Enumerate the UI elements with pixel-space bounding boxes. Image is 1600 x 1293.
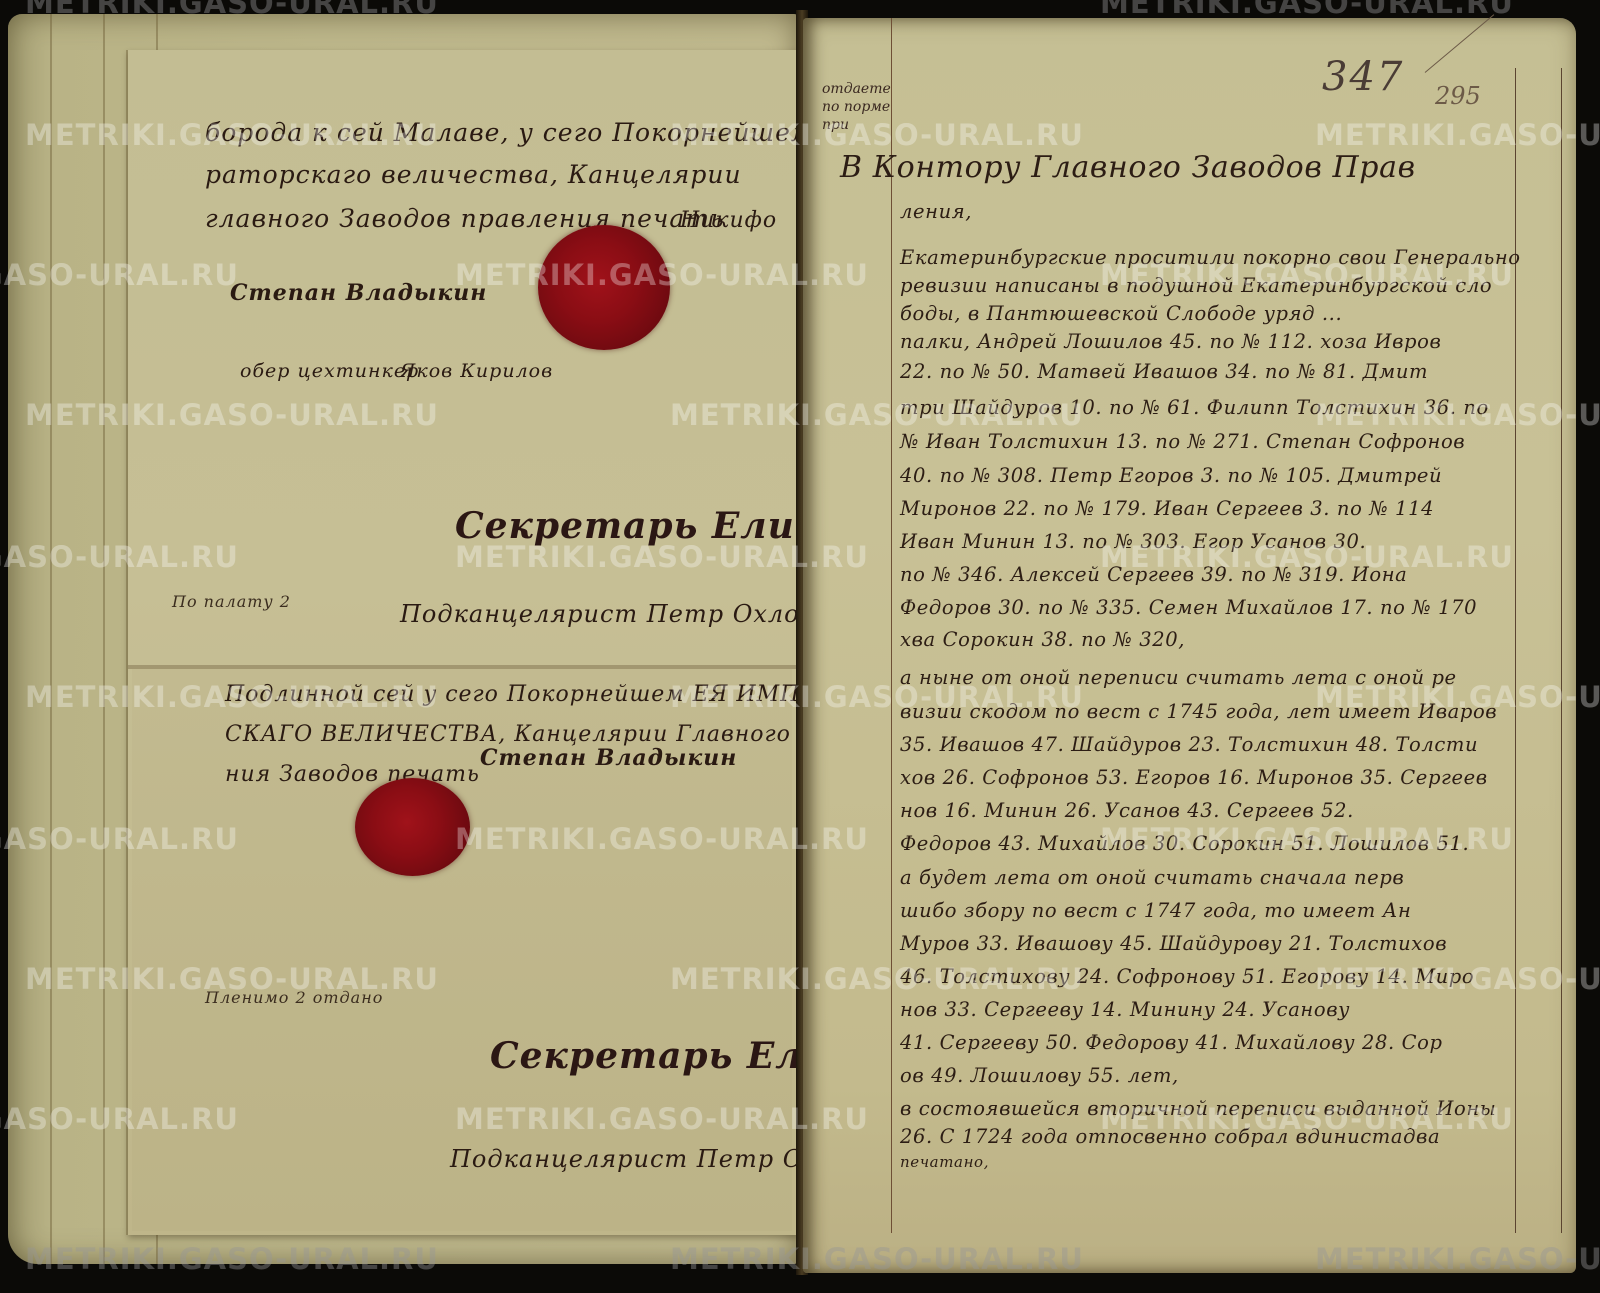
left-upper-line-2: раторскаго величества, Канцелярии [205,160,742,189]
body-line: Иван Минин 13. по № 303. Егор Усанов 30. [900,530,1366,553]
inline-signature-lower: Степан Владыкин [480,745,737,771]
body-line: хва Сорокин 38. по № 320, [900,628,1185,651]
right-heading-cont: ления, [900,200,972,223]
body-line: ов 49. Лошилову 55. лет, [900,1064,1179,1087]
body-line: хов 26. Софронов 53. Егоров 16. Миронов … [900,766,1488,789]
rank-signature: Яков Кирилов [400,360,553,382]
body-line: печатано, [900,1153,989,1171]
folio-number: 347 [1322,54,1404,100]
marginal-note-upper: По палату 2 [172,592,291,611]
body-line: а будет лета от оной считать сначала пер… [900,866,1404,889]
body-line: 41. Сергееву 50. Федорову 41. Михайлову … [900,1031,1443,1054]
watermark: METRIKI.GASO-URAL.RU [1100,0,1514,20]
left-lower-line-2: СКАГО ВЕЛИЧЕСТВА, Канцелярии Главного Пр… [225,722,891,747]
marginal-note-lower: Пленимо 2 отдано [205,988,383,1007]
page-fold-line [50,14,52,1264]
body-line: нов 33. Сергееву 14. Минину 24. Усанову [900,998,1350,1021]
body-line: шибо збору по вест с 1747 года, то имеет… [900,899,1411,922]
folio-number-struck: 295 [1435,82,1481,110]
body-line: три Шайдуров 10. по № 61. Филипп Толстих… [900,396,1489,419]
left-upper-line-3: главного Заводов правления печать [205,204,725,233]
body-line: Екатеринбургские проситили покорно свои … [900,246,1521,269]
margin-rule [891,18,892,1233]
body-line: 26. С 1724 года отпосвенно собрал вдинис… [900,1125,1440,1148]
body-line: в состоявшейся вторичной переписи выданн… [900,1097,1496,1120]
page-fold-line [103,14,105,1264]
body-line: 40. по № 308. Петр Егоров 3. по № 105. Д… [900,464,1442,487]
right-heading: В Контору Главного Заводов Прав [840,150,1416,185]
left-lower-line-3: ния Заводов печать [225,762,480,787]
body-line: палки, Андрей Лошилов 45. по № 112. хоза… [900,330,1441,353]
body-line: № Иван Толстихин 13. по № 271. Степан Со… [900,430,1465,453]
body-line: нов 16. Минин 26. Усанов 43. Сергеев 52. [900,799,1354,822]
body-line: а ныне от оной переписи считать лета с о… [900,666,1457,689]
rank-label: обер цехтинкер [240,360,419,382]
body-line: Муров 33. Ивашову 45. Шайдурову 21. Толс… [900,932,1447,955]
body-line: визии скодом по вест с 1745 года, лет им… [900,700,1497,723]
body-line: 22. по № 50. Матвей Ивашов 34. по № 81. … [900,360,1428,383]
wax-seal-lower [355,778,470,876]
margin-note: отдаете по порме при [822,80,897,134]
body-line: по № 346. Алексей Сергеев 39. по № 319. … [900,563,1407,586]
body-line: Федоров 43. Михайлов 30. Сорокин 51. Лош… [900,832,1469,855]
manuscript-spread: борода к сей Малаве, у сего Покорнейшем … [0,0,1600,1293]
left-signature-trail: Никифо [680,208,777,233]
body-line: Миронов 22. по № 179. Иван Сергеев 3. по… [900,497,1434,520]
signature-vladykin: Степан Владыкин [230,280,487,306]
wax-seal-upper [538,225,670,350]
clerk-signature-upper: Подканцелярист Петр Охлопков [400,600,862,628]
right-edge-rule [1561,68,1562,1233]
body-line: ревизии написаны в подушной Екатеринбург… [900,274,1492,297]
body-line: боды, в Пантюшевской Слободе уряд ... [900,302,1342,325]
body-line: 35. Ивашов 47. Шайдуров 23. Толстихин 48… [900,733,1478,756]
body-line: 46. Толстихову 24. Софронову 51. Егорову… [900,965,1474,988]
body-line: Федоров 30. по № 335. Семен Михайлов 17.… [900,596,1477,619]
right-edge-rule [1515,68,1516,1233]
